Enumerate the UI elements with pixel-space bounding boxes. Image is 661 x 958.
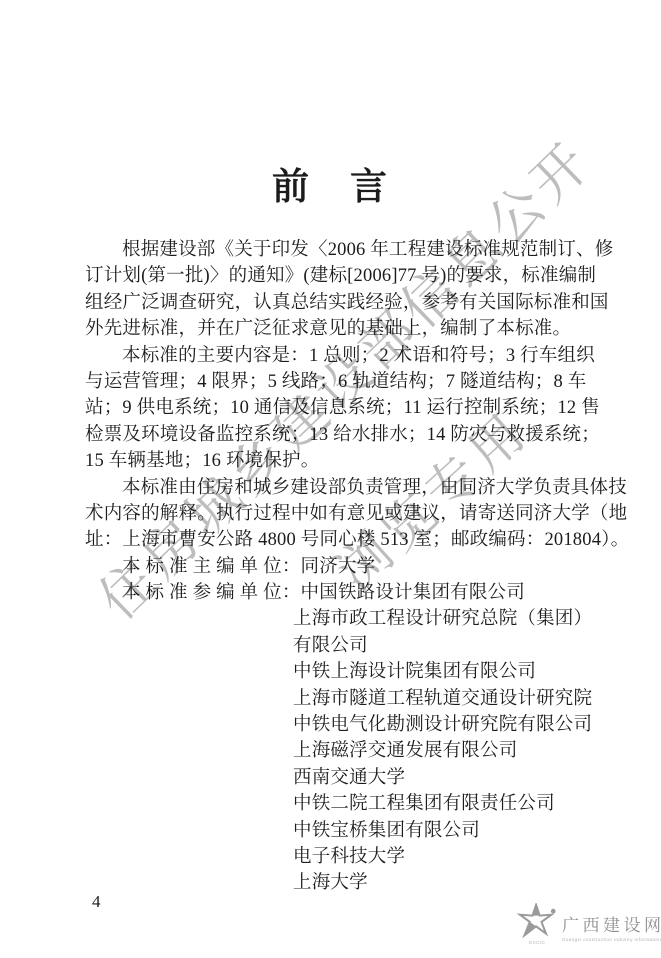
text-line: 术内容的解释。执行过程中如有意见或建议，请寄送同济大学（地 xyxy=(85,501,585,527)
text-line: 址：上海市曹安公路 4800 号同心楼 513 室；邮政编码：201804）。 xyxy=(85,527,585,553)
text-line: 中铁上海设计院集团有限公司 xyxy=(85,659,585,685)
text-line: 本标准由住房和城乡建设部负责管理，由同济大学负责具体技 xyxy=(85,475,585,501)
text-line: 上海大学 xyxy=(85,870,585,896)
star-icon xyxy=(516,903,558,939)
logo-site-name: 广西建设网 xyxy=(562,916,661,935)
logo-tagline: Guangxi construction industry informatio… xyxy=(562,937,661,942)
text-line: 15 车辆基地；16 环境保护。 xyxy=(85,448,585,474)
text-line: 上海市隧道工程轨道交通设计研究院 xyxy=(85,686,585,712)
logo-star-block: GXCIC xyxy=(516,903,558,945)
text-line: 中铁电气化勘测设计研究院有限公司 xyxy=(85,712,585,738)
text-line: 中铁宝桥集团有限公司 xyxy=(85,818,585,844)
text-line: 西南交通大学 xyxy=(85,765,585,791)
text-line: 有限公司 xyxy=(85,633,585,659)
text-line: 订计划(第一批)〉的通知》(建标[2006]77 号)的要求，标准编制 xyxy=(85,263,585,289)
text-line: 本 标 准 参 编 单 位：中国铁路设计集团有限公司 xyxy=(85,580,585,606)
text-line: 上海市政工程设计研究总院（集团） xyxy=(85,606,585,632)
logo-star-caption: GXCIC xyxy=(529,940,546,945)
text-line: 站；9 供电系统；10 通信及信息系统；11 运行控制系统；12 售 xyxy=(85,395,585,421)
text-line: 检票及环境设备监控系统；13 给水排水；14 防灾与救援系统； xyxy=(85,422,585,448)
page-title: 前 言 xyxy=(0,156,661,210)
text-line: 本 标 准 主 编 单 位：同济大学 xyxy=(85,554,585,580)
text-line: 根据建设部《关于印发〈2006 年工程建设标准规范制订、修 xyxy=(85,237,585,263)
logo-text-block: 广西建设网 Guangxi construction industry info… xyxy=(562,903,661,942)
text-line: 本标准的主要内容是：1 总则；2 术语和符号；3 行车组织 xyxy=(85,343,585,369)
document-page: 住房城乡建设部信息公开 浏览专用 前 言 根据建设部《关于印发〈2006 年工程… xyxy=(0,0,661,958)
text-line: 上海磁浮交通发展有限公司 xyxy=(85,738,585,764)
body-text: 根据建设部《关于印发〈2006 年工程建设标准规范制订、修订计划(第一批)〉的通… xyxy=(85,237,585,897)
text-line: 中铁二院工程集团有限责任公司 xyxy=(85,791,585,817)
page-number: 4 xyxy=(92,892,101,912)
text-line: 电子科技大学 xyxy=(85,844,585,870)
site-logo: GXCIC 广西建设网 Guangxi construction industr… xyxy=(516,903,656,945)
text-line: 与运营管理；4 限界；5 线路；6 轨道结构；7 隧道结构；8 车 xyxy=(85,369,585,395)
text-line: 外先进标准，并在广泛征求意见的基础上，编制了本标准。 xyxy=(85,316,585,342)
text-line: 组经广泛调查研究，认真总结实践经验，参考有关国际标准和国 xyxy=(85,290,585,316)
